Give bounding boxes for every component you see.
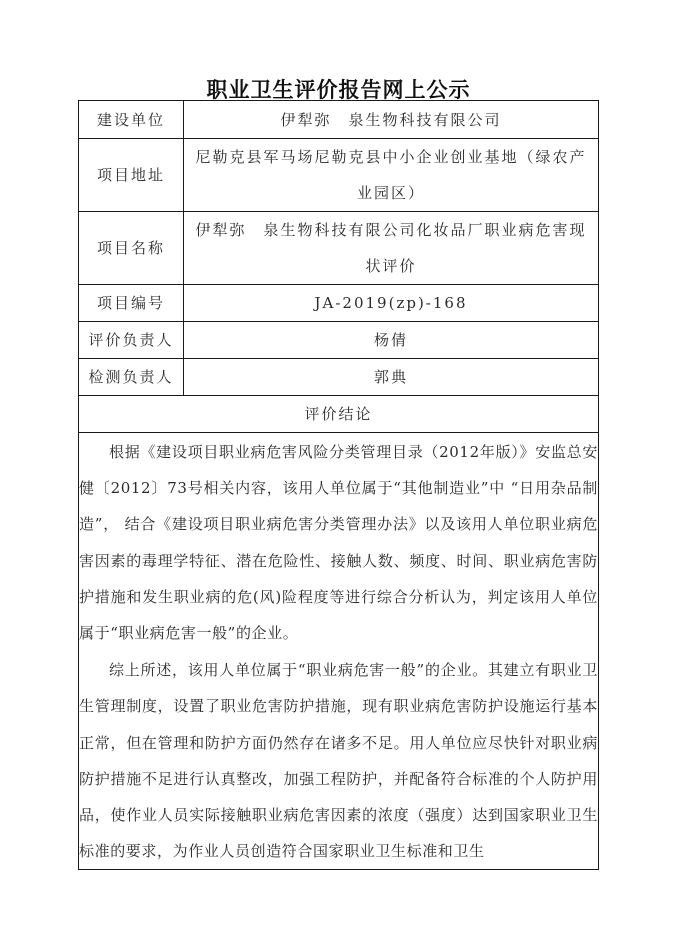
label-construction-unit: 建设单位 — [79, 101, 184, 139]
table-row-construction-unit: 建设单位 伊犁弥 泉生物科技有限公司 — [79, 101, 599, 139]
table-row-testing-lead: 检测负责人 郭典 — [79, 359, 599, 396]
table-row-project-address: 项目地址 尼勒克县军马场尼勒克县中小企业创业基地（绿农产业园区） — [79, 139, 599, 212]
conclusion-heading: 评价结论 — [79, 396, 599, 433]
conclusion-paragraph-2: 综上所述，该用人单位属于“职业病危害一般”的企业。其建立有职业卫生管理制度，设置… — [79, 651, 598, 869]
value-evaluation-lead: 杨倩 — [184, 322, 599, 359]
label-project-address: 项目地址 — [79, 139, 184, 212]
table-row-conclusion-heading: 评价结论 — [79, 396, 599, 433]
label-testing-lead: 检测负责人 — [79, 359, 184, 396]
conclusion-paragraph-1: 根据《建设项目职业病危害风险分类管理目录（2012年版）》安监总安健〔2012〕… — [79, 433, 598, 651]
table-row-project-number: 项目编号 JA-2019(zp)-168 — [79, 285, 599, 322]
table-row-project-name: 项目名称 伊犁弥 泉生物科技有限公司化妆品厂职业病危害现状评价 — [79, 212, 599, 285]
table-row-conclusion-body: 根据《建设项目职业病危害风险分类管理目录（2012年版）》安监总安健〔2012〕… — [79, 433, 599, 870]
label-project-number: 项目编号 — [79, 285, 184, 322]
label-project-name: 项目名称 — [79, 212, 184, 285]
value-project-address: 尼勒克县军马场尼勒克县中小企业创业基地（绿农产业园区） — [184, 139, 599, 212]
table-row-evaluation-lead: 评价负责人 杨倩 — [79, 322, 599, 359]
value-project-name: 伊犁弥 泉生物科技有限公司化妆品厂职业病危害现状评价 — [184, 212, 599, 285]
value-testing-lead: 郭典 — [184, 359, 599, 396]
value-project-number: JA-2019(zp)-168 — [184, 285, 599, 322]
value-construction-unit: 伊犁弥 泉生物科技有限公司 — [184, 101, 599, 139]
label-evaluation-lead: 评价负责人 — [79, 322, 184, 359]
conclusion-body: 根据《建设项目职业病危害风险分类管理目录（2012年版）》安监总安健〔2012〕… — [79, 433, 599, 870]
info-table: 建设单位 伊犁弥 泉生物科技有限公司 项目地址 尼勒克县军马场尼勒克县中小企业创… — [78, 100, 599, 870]
